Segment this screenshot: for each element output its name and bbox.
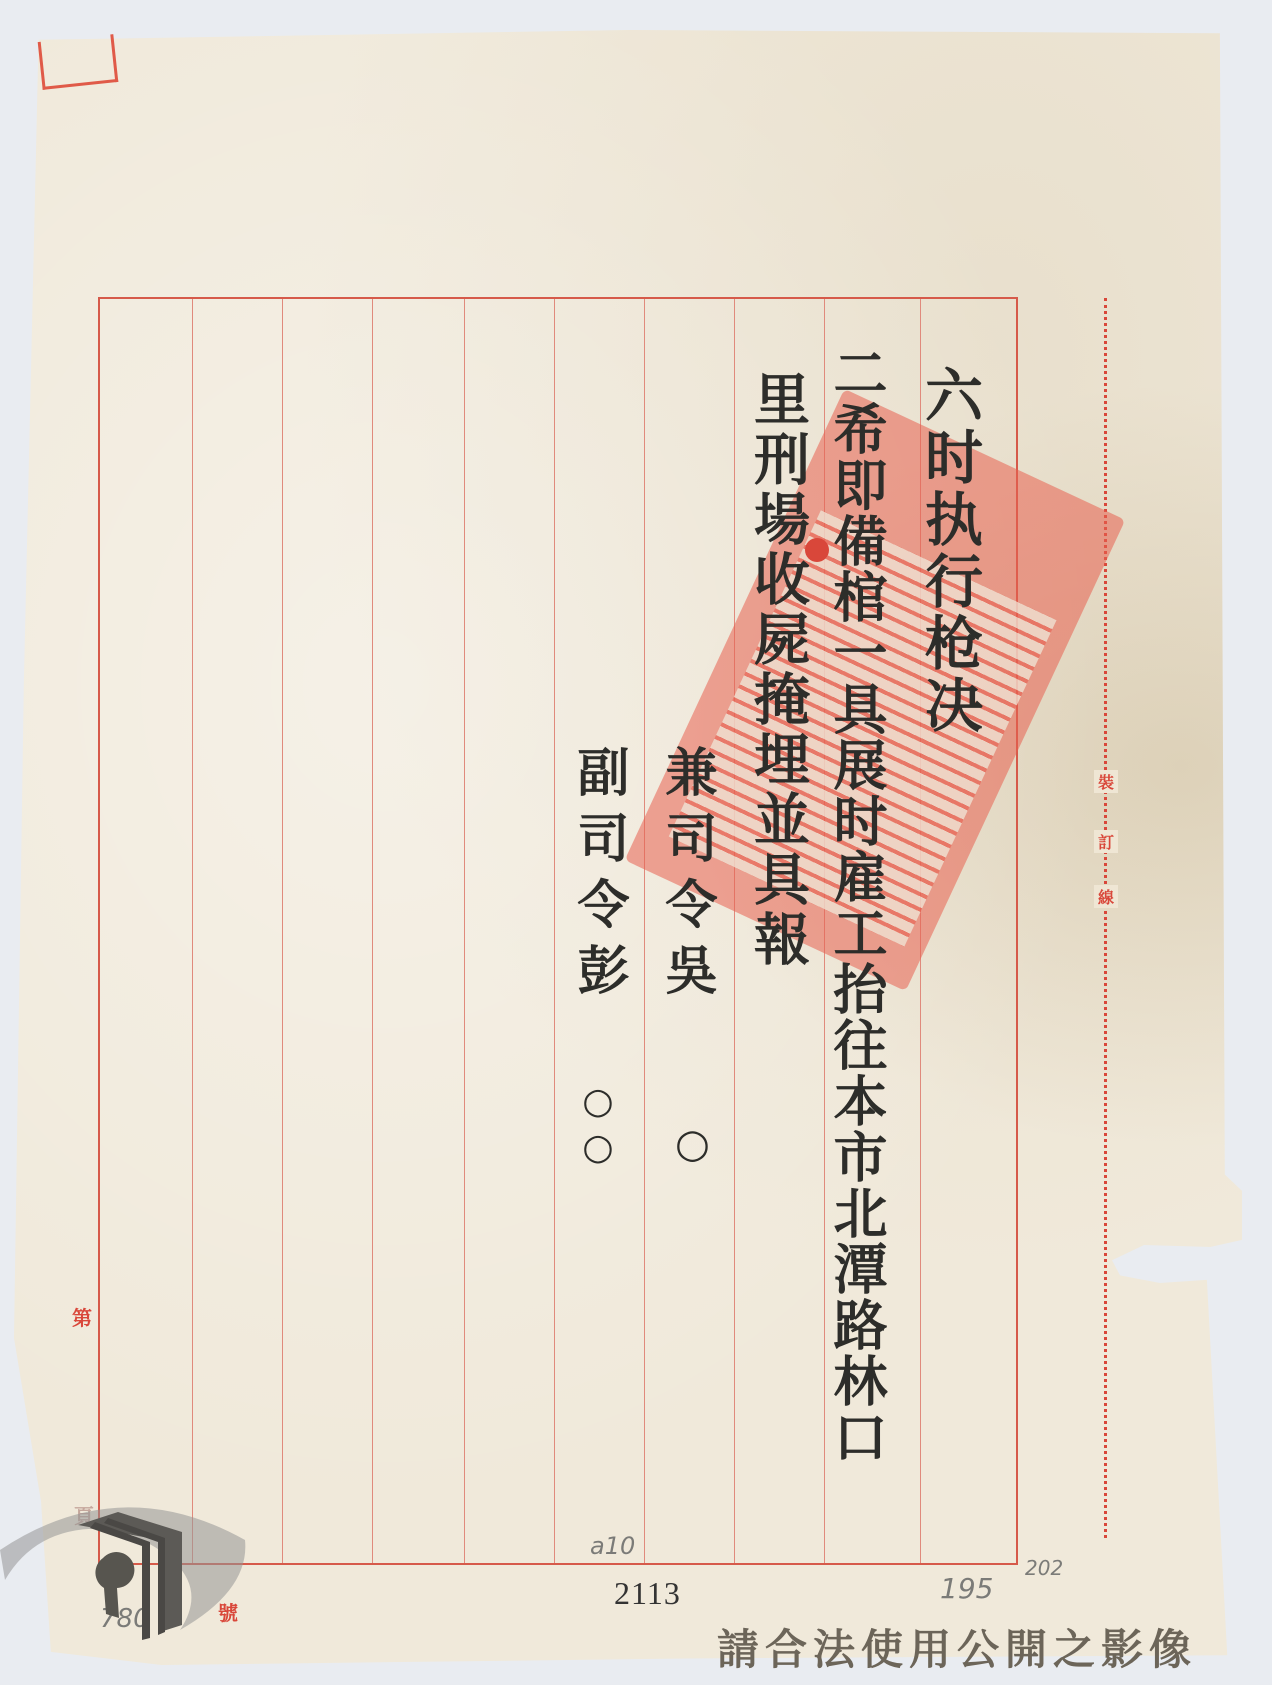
binding-label-char: 訂 <box>1094 830 1118 853</box>
form-label-number-prefix: 第 <box>72 1302 92 1331</box>
corner-seal-stamp <box>38 34 119 90</box>
pencil-annotation-195: 195 <box>940 1572 993 1605</box>
pencil-annotation-202: 202 <box>1025 1556 1063 1580</box>
column-rule <box>644 299 645 1563</box>
archive-book-keyhole-icon <box>0 1480 260 1650</box>
signature-commander-mark: ○ <box>672 1120 712 1171</box>
body-column-1: 六时执行枪决 <box>920 365 978 737</box>
archive-stamp-number: 2113 <box>614 1575 681 1612</box>
signature-deputy-mark: ○○ <box>580 1080 616 1172</box>
binding-dotted-line <box>1104 298 1107 1538</box>
column-rule <box>464 299 465 1563</box>
column-rule <box>554 299 555 1563</box>
body-column-2: 二希即備棺一具展时雇工抬往本市北潭路林口 <box>830 345 884 1465</box>
column-rule <box>282 299 283 1563</box>
binding-label-char: 線 <box>1094 885 1118 908</box>
column-rule <box>734 299 735 1563</box>
signature-deputy: 副司令彭 <box>572 745 624 1009</box>
column-rule <box>372 299 373 1563</box>
body-column-3: 里刑場收屍掩埋並具報 <box>750 370 806 970</box>
paper-tear <box>1112 1245 1272 1283</box>
column-rule <box>192 299 193 1563</box>
binding-label-char: 裝 <box>1094 770 1118 793</box>
signature-commander: 兼司令吳 <box>660 745 712 1009</box>
pencil-annotation-a10: a10 <box>590 1532 635 1560</box>
usage-watermark: 請合法使用公開之影像 <box>717 1617 1197 1677</box>
